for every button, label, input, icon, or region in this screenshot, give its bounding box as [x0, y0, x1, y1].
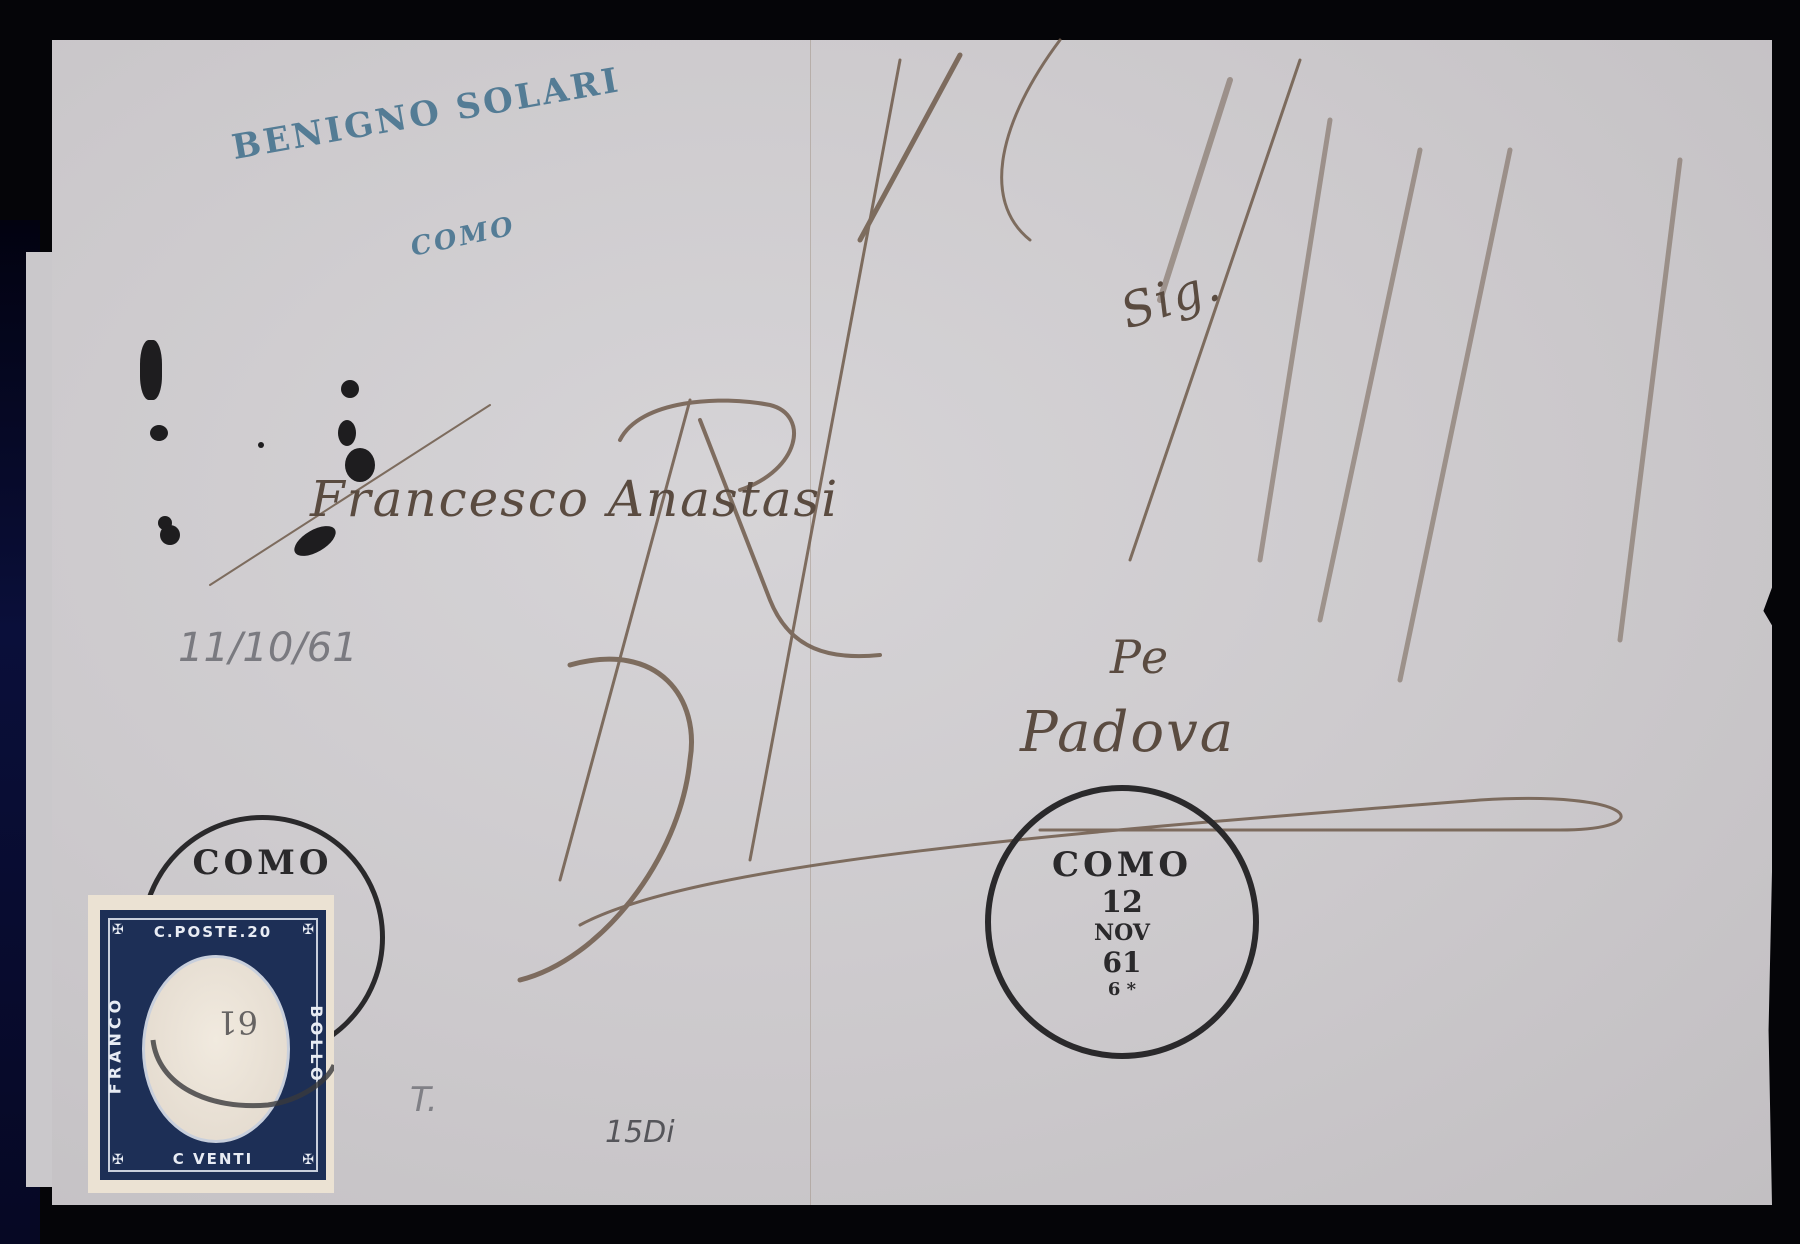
pencil-mark: T. — [410, 1080, 438, 1120]
postmark-town: COMO — [1052, 845, 1192, 885]
postmark-month: NOV — [1094, 920, 1150, 946]
address-first-name: Francesco Anastasi — [310, 470, 839, 528]
stamp-cancel-arc: 61 — [88, 895, 334, 1193]
postage-stamp-20c-sardinia: C.POSTE.20 C VENTI FRANCO BOLLO ✠ ✠ ✠ ✠ … — [88, 895, 334, 1193]
pencil-catalogue-note: 15Di — [605, 1115, 675, 1150]
postmark-corners: 6 * — [1108, 979, 1136, 1000]
postmark-year: 61 — [1103, 946, 1142, 979]
postmark-town: COMO — [193, 843, 333, 883]
pencil-date-note: 11/10/61 — [178, 625, 358, 671]
postmark-como-right: COMO 12 NOV 61 6 * — [985, 785, 1259, 1059]
postmark-day: 12 — [1101, 885, 1143, 920]
address-name: Francesco Anastasi — [310, 470, 839, 528]
address-city: Padova — [1020, 700, 1235, 765]
svg-text:61: 61 — [217, 1003, 258, 1041]
address-prefix: Pe — [1110, 630, 1170, 684]
